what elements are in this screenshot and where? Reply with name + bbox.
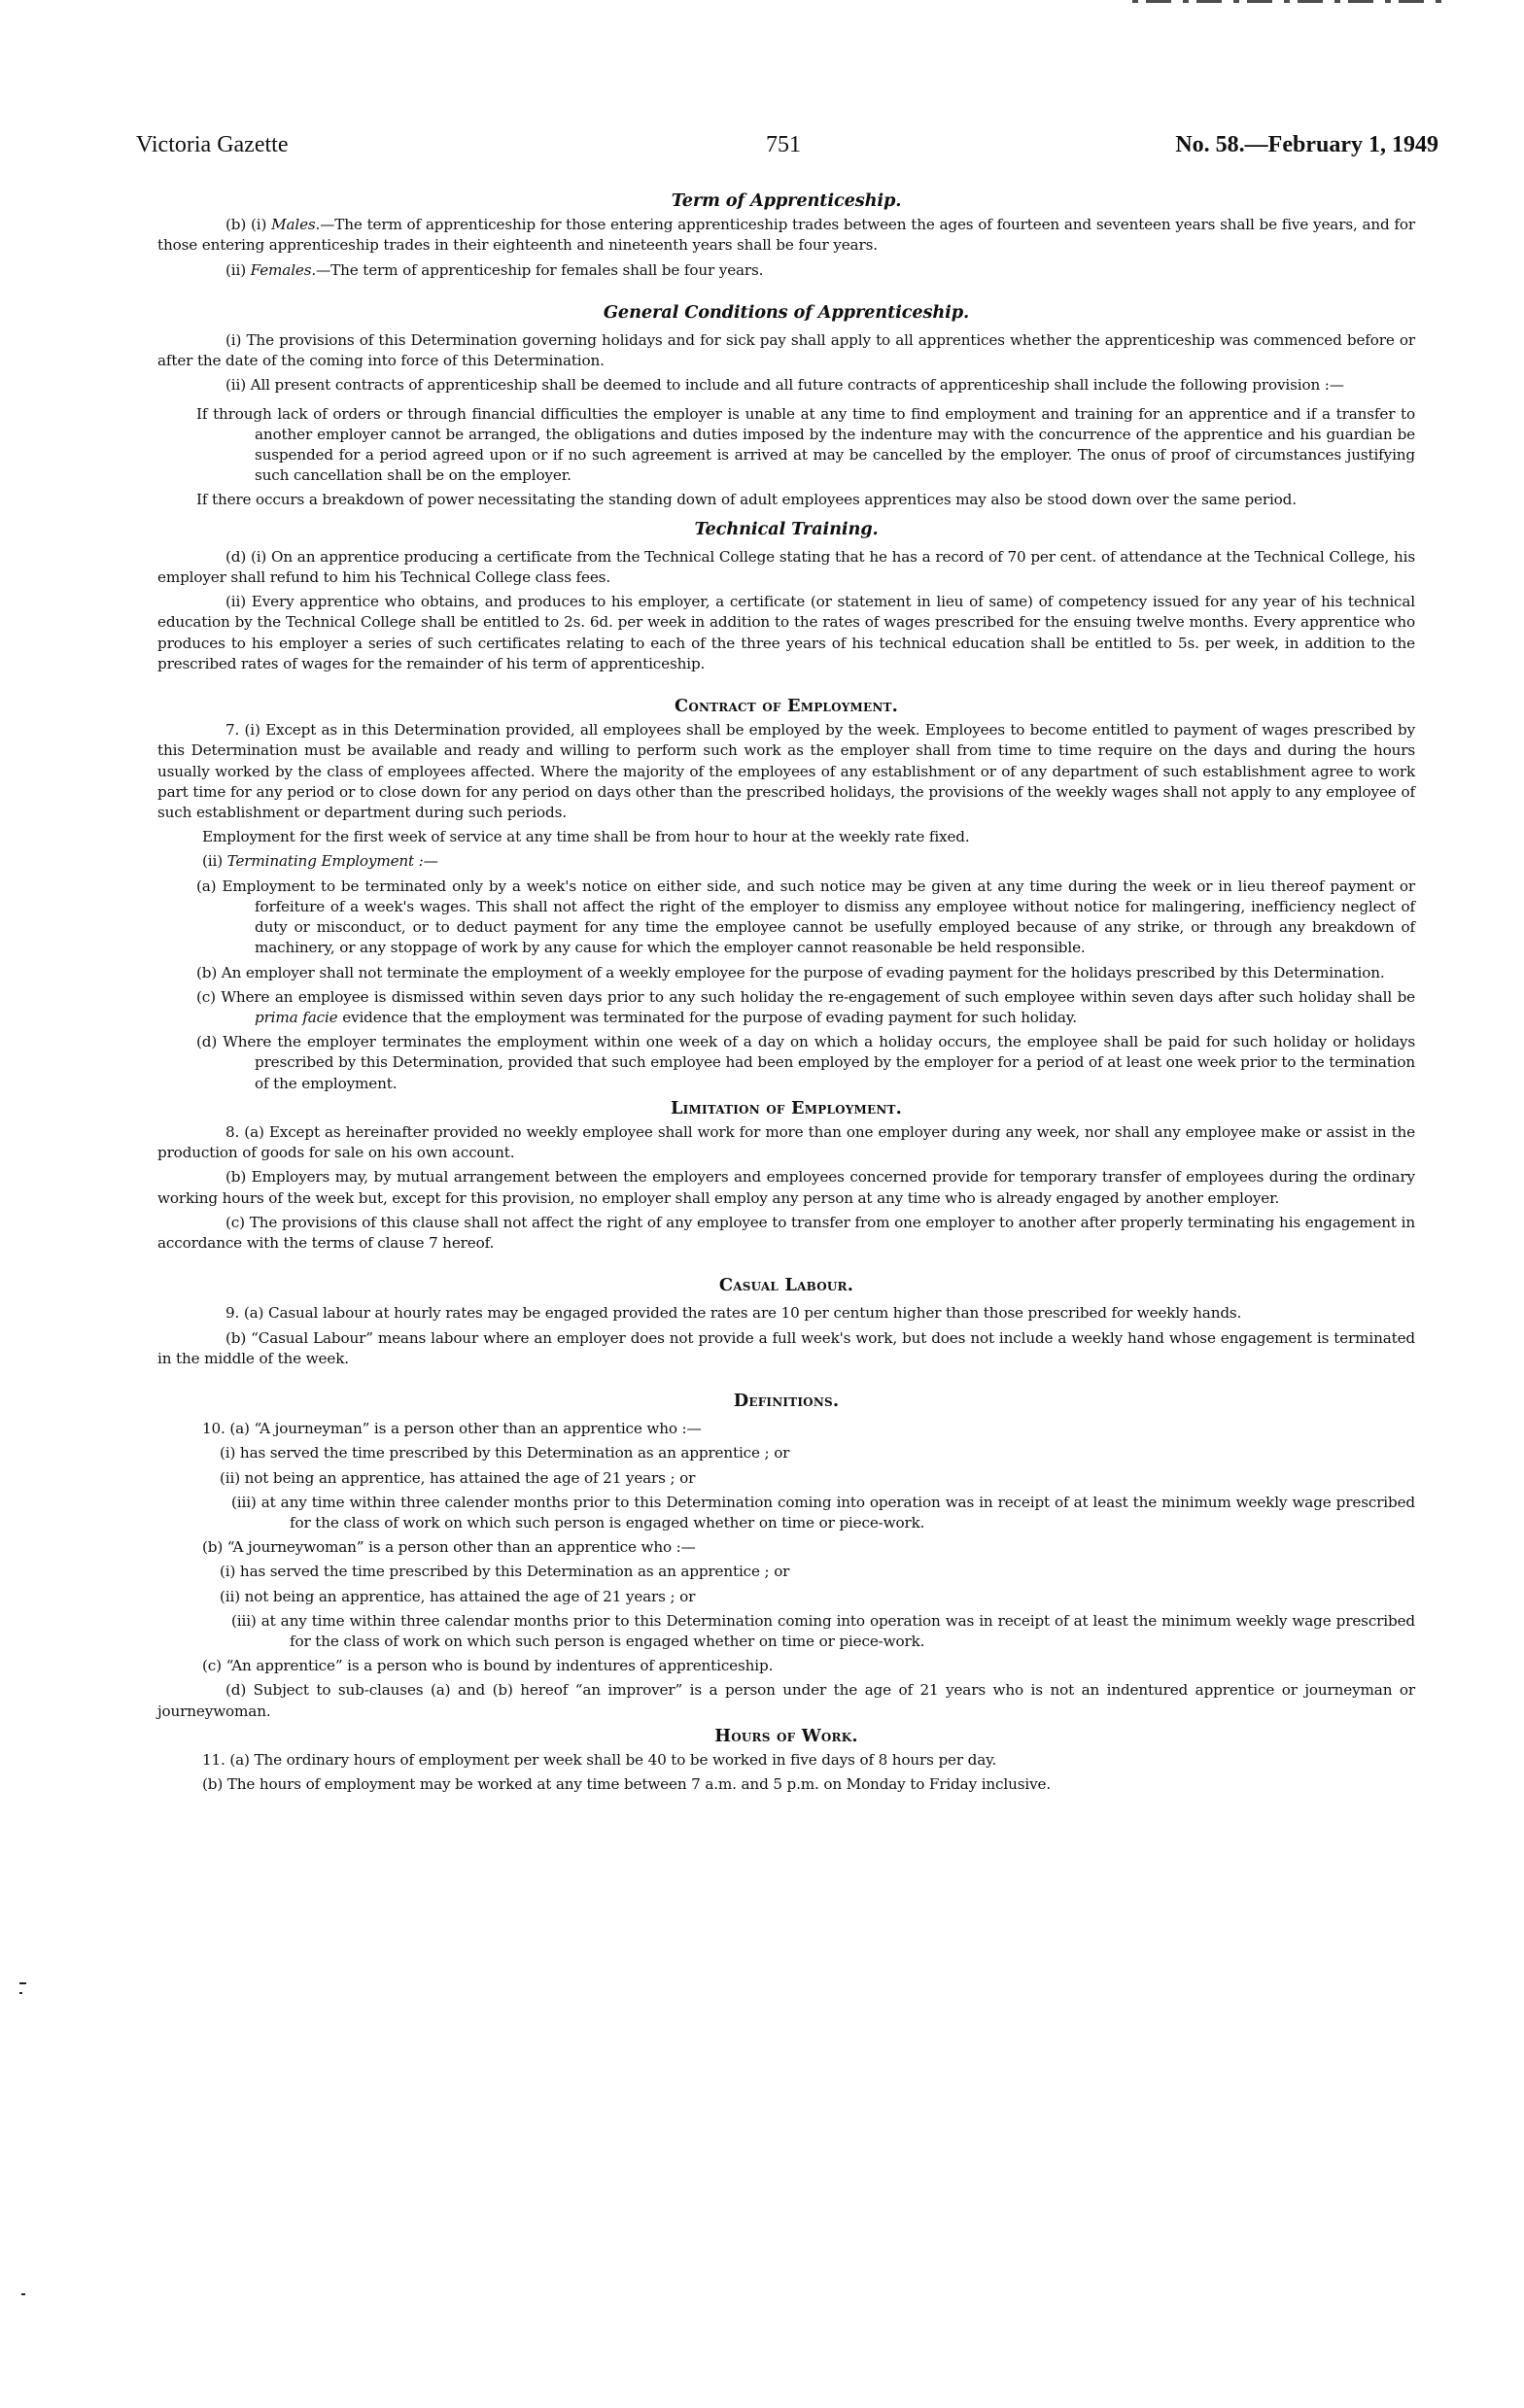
paragraph: (i) The provisions of this Determination… (157, 330, 1415, 371)
clause-text: (c) Where an employee is dismissed withi… (196, 988, 1415, 1006)
paragraph: (b) Employers may, by mutual arrangement… (157, 1167, 1415, 1208)
paragraph: (ii) All present contracts of apprentice… (157, 375, 1415, 396)
section-definitions: Definitions. 10. (a) “A journeyman” is a… (157, 1391, 1415, 1722)
subclause: (c) Where an employee is dismissed withi… (157, 987, 1415, 1028)
clause-text: —The term of apprenticeship for those en… (157, 216, 1415, 254)
subclause: (d) Where the employer terminates the em… (157, 1032, 1415, 1094)
definition-item: (i) has served the time prescribed by th… (157, 1443, 1415, 1463)
scan-edge-marks (1132, 0, 1443, 3)
definition-paragraph: 10. (a) “A journeyman” is a person other… (157, 1419, 1415, 1439)
latin-term: prima facie (255, 1009, 338, 1026)
provision-paragraph: If there occurs a breakdown of power nec… (157, 490, 1415, 510)
section-term-of-apprenticeship: Term of Apprenticeship. (b) (i) Males.—T… (157, 190, 1415, 281)
definition-paragraph: (d) Subject to sub-clauses (a) and (b) h… (157, 1680, 1415, 1721)
definition-paragraph: (b) “A journeywoman” is a person other t… (157, 1537, 1415, 1558)
subclause: (b) An employer shall not terminate the … (157, 963, 1415, 983)
definition-item: (i) has served the time prescribed by th… (157, 1562, 1415, 1582)
clause-text: —The term of apprenticeship for females … (316, 261, 763, 279)
section-technical-training: Technical Training. (d) (i) On an appren… (157, 519, 1415, 674)
definition-item: (ii) not being an apprentice, has attain… (157, 1587, 1415, 1607)
section-title: Definitions. (157, 1391, 1415, 1411)
page-number: 751 (766, 132, 801, 158)
clause-heading: Terminating Employment :— (227, 852, 438, 870)
section-title: Hours of Work. (157, 1726, 1415, 1746)
paragraph-males: (b) (i) Males.—The term of apprenticeshi… (157, 215, 1415, 256)
section-hours-of-work: Hours of Work. 11. (a) The ordinary hour… (157, 1726, 1415, 1796)
section-title: Term of Apprenticeship. (157, 190, 1415, 211)
section-title: Limitation of Employment. (157, 1098, 1415, 1118)
paragraph: 7. (i) Except as in this Determination p… (157, 720, 1415, 823)
section-casual-labour: Casual Labour. 9. (a) Casual labour at h… (157, 1275, 1415, 1369)
section-title: General Conditions of Apprenticeship. (157, 302, 1415, 323)
paragraph: (ii) Terminating Employment :— (157, 851, 1415, 872)
gazette-page: Victoria Gazette 751 No. 58.—February 1,… (0, 0, 1524, 2408)
section-general-conditions: General Conditions of Apprenticeship. (i… (157, 302, 1415, 511)
provision-paragraph: If through lack of orders or through fin… (157, 404, 1415, 487)
subclause: (a) Employment to be terminated only by … (157, 877, 1415, 959)
definition-paragraph: (c) “An apprentice” is a person who is b… (157, 1656, 1415, 1676)
section-title: Technical Training. (157, 519, 1415, 539)
paragraph: (d) (i) On an apprentice producing a cer… (157, 547, 1415, 588)
paragraph: (b) “Casual Labour” means labour where a… (157, 1328, 1415, 1369)
section-title: Casual Labour. (157, 1275, 1415, 1295)
section-contract-of-employment: Contract of Employment. 7. (i) Except as… (157, 696, 1415, 1094)
clause-heading: Females. (251, 261, 316, 279)
clause-label: (ii) (225, 261, 251, 279)
clause-text: evidence that the employment was termina… (338, 1009, 1077, 1026)
publication-title: Victoria Gazette (136, 132, 288, 158)
paragraph: 8. (a) Except as hereinafter provided no… (157, 1122, 1415, 1163)
clause-label: (b) (i) (225, 216, 271, 233)
scan-speck (19, 1992, 22, 1994)
paragraph: (c) The provisions of this clause shall … (157, 1213, 1415, 1254)
paragraph: (b) The hours of employment may be worke… (157, 1774, 1415, 1795)
scan-speck (19, 1982, 26, 1984)
page-header: Victoria Gazette 751 No. 58.—February 1,… (136, 132, 1438, 161)
paragraph: Employment for the first week of service… (157, 827, 1415, 847)
document-body: Term of Apprenticeship. (b) (i) Males.—T… (157, 190, 1415, 1795)
definition-item: (ii) not being an apprentice, has attain… (157, 1468, 1415, 1489)
paragraph: 9. (a) Casual labour at hourly rates may… (157, 1303, 1415, 1324)
paragraph: (ii) Every apprentice who obtains, and p… (157, 592, 1415, 674)
scan-speck (21, 2293, 25, 2295)
paragraph: 11. (a) The ordinary hours of employment… (157, 1750, 1415, 1771)
definition-item: (iii) at any time within three calendar … (157, 1611, 1415, 1652)
section-limitation-of-employment: Limitation of Employment. 8. (a) Except … (157, 1098, 1415, 1254)
paragraph-females: (ii) Females.—The term of apprenticeship… (157, 260, 1415, 281)
definition-item: (iii) at any time within three calender … (157, 1493, 1415, 1533)
clause-label: (ii) (202, 852, 227, 870)
section-title: Contract of Employment. (157, 696, 1415, 716)
clause-heading: Males. (271, 216, 320, 233)
issue-date: No. 58.—February 1, 1949 (1175, 132, 1438, 158)
